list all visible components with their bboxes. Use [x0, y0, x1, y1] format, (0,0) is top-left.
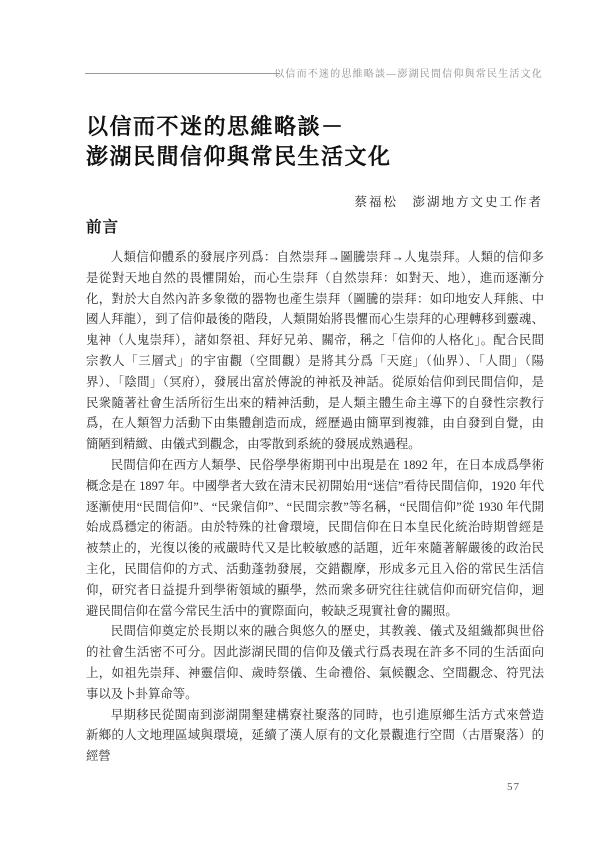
section-heading-preface: 前言: [86, 215, 119, 237]
page-header: 以信而不迷的思維略談—澎湖民間信仰與常民生活文化: [85, 64, 543, 80]
author-byline: 蔡福松 澎湖地方文史工作者: [354, 192, 543, 210]
body-paragraph: 人類信仰體系的發展序列爲：自然崇拜→圖騰崇拜→人鬼崇拜。人類的信仰多是從對天地自…: [86, 247, 544, 455]
body-paragraph: 民間信仰在西方人類學、民俗學學術期刊中出現是在 1892 年，在日本成爲學術概念…: [86, 455, 544, 621]
article-title: 以信而不迷的思維略談－ 澎湖民間信仰與常民生活文化: [86, 112, 392, 172]
article-title-line2: 澎湖民間信仰與常民生活文化: [86, 144, 392, 169]
document-page: 以信而不迷的思維略談—澎湖民間信仰與常民生活文化 以信而不迷的思維略談－ 澎湖民…: [0, 0, 600, 842]
header-rule: [85, 73, 280, 74]
page-number: 57: [507, 781, 520, 793]
article-title-line1: 以信而不迷的思維略談－: [86, 114, 345, 139]
body-paragraph: 民間信仰奠定於長期以來的融合與悠久的歷史，其教義、儀式及組織都與世俗的社會生活密…: [86, 621, 544, 704]
running-title: 以信而不迷的思維略談—澎湖民間信仰與常民生活文化: [274, 65, 543, 80]
article-body: 人類信仰體系的發展序列爲：自然崇拜→圖騰崇拜→人鬼崇拜。人類的信仰多是從對天地自…: [86, 247, 544, 767]
body-paragraph: 早期移民從閩南到澎湖開墾建構寮社聚落的同時，也引進原鄉生活方式來營造新鄉的人文地…: [86, 705, 544, 767]
